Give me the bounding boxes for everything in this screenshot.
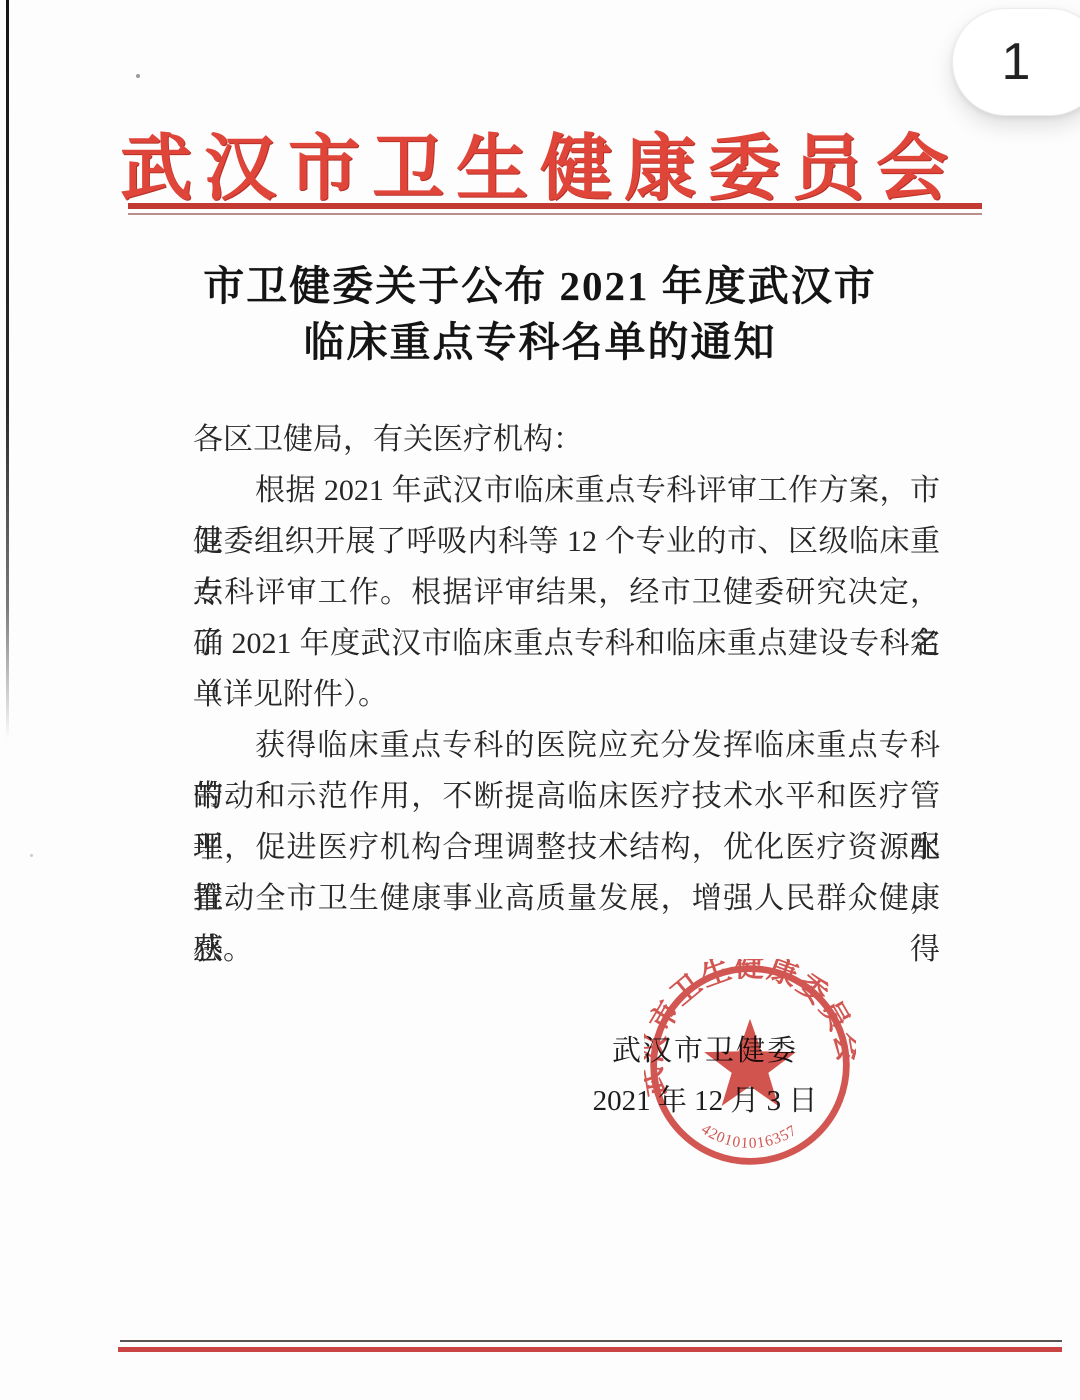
footer-rule-thin — [120, 1340, 1062, 1342]
document-title-line2: 临床重点专科名单的通知 — [0, 314, 1080, 370]
body-line: 推动全市卫生健康事业高质量发展，增强人民群众健康获得 — [193, 873, 940, 924]
document-title: 市卫健委关于公布 2021 年度武汉市 临床重点专科名单的通知 — [0, 258, 1080, 370]
letterhead-org-name: 武汉市卫生健康委员会 — [0, 110, 1080, 214]
letterhead-rule-thick — [128, 203, 982, 209]
body-line: 平，促进医疗机构合理调整技术结构，优化医疗资源配置， — [193, 822, 940, 873]
salutation-line: 各区卫健局，有关医疗机构： — [193, 414, 940, 465]
body-line: 了 2021 年度武汉市临床重点专科和临床重点建设专科名单 — [193, 618, 940, 669]
footer-rule-red — [118, 1347, 1062, 1352]
body-line: 获得临床重点专科的医院应充分发挥临床重点专科的 — [193, 720, 940, 771]
document-body: 各区卫健局，有关医疗机构： 根据 2021 年武汉市临床重点专科评审工作方案，市… — [193, 414, 940, 975]
body-line: 健委组织开展了呼吸内科等 12 个专业的市、区级临床重点 — [193, 516, 940, 567]
page-number: 1 — [1002, 32, 1031, 92]
document-title-line1: 市卫健委关于公布 2021 年度武汉市 — [0, 258, 1080, 314]
scan-speck — [136, 74, 140, 78]
body-line: 带动和示范作用，不断提高临床医疗技术水平和医疗管理水 — [193, 771, 940, 822]
letterhead-rule-thin — [128, 213, 982, 215]
document-page: 1 武汉市卫生健康委员会 市卫健委关于公布 2021 年度武汉市 临床重点专科名… — [0, 0, 1080, 1400]
page-number-badge: 1 — [952, 8, 1080, 116]
body-line: 根据 2021 年武汉市临床重点专科评审工作方案，市卫 — [193, 465, 940, 516]
official-seal: 武汉市卫生健康委员会 4201010163577 — [644, 959, 856, 1171]
seal-star — [704, 1019, 796, 1106]
body-line: 专科评审工作。根据评审结果，经市卫健委研究决定，确定 — [193, 567, 940, 618]
body-line: （详见附件）。 — [193, 669, 940, 720]
scan-speck — [30, 854, 33, 857]
